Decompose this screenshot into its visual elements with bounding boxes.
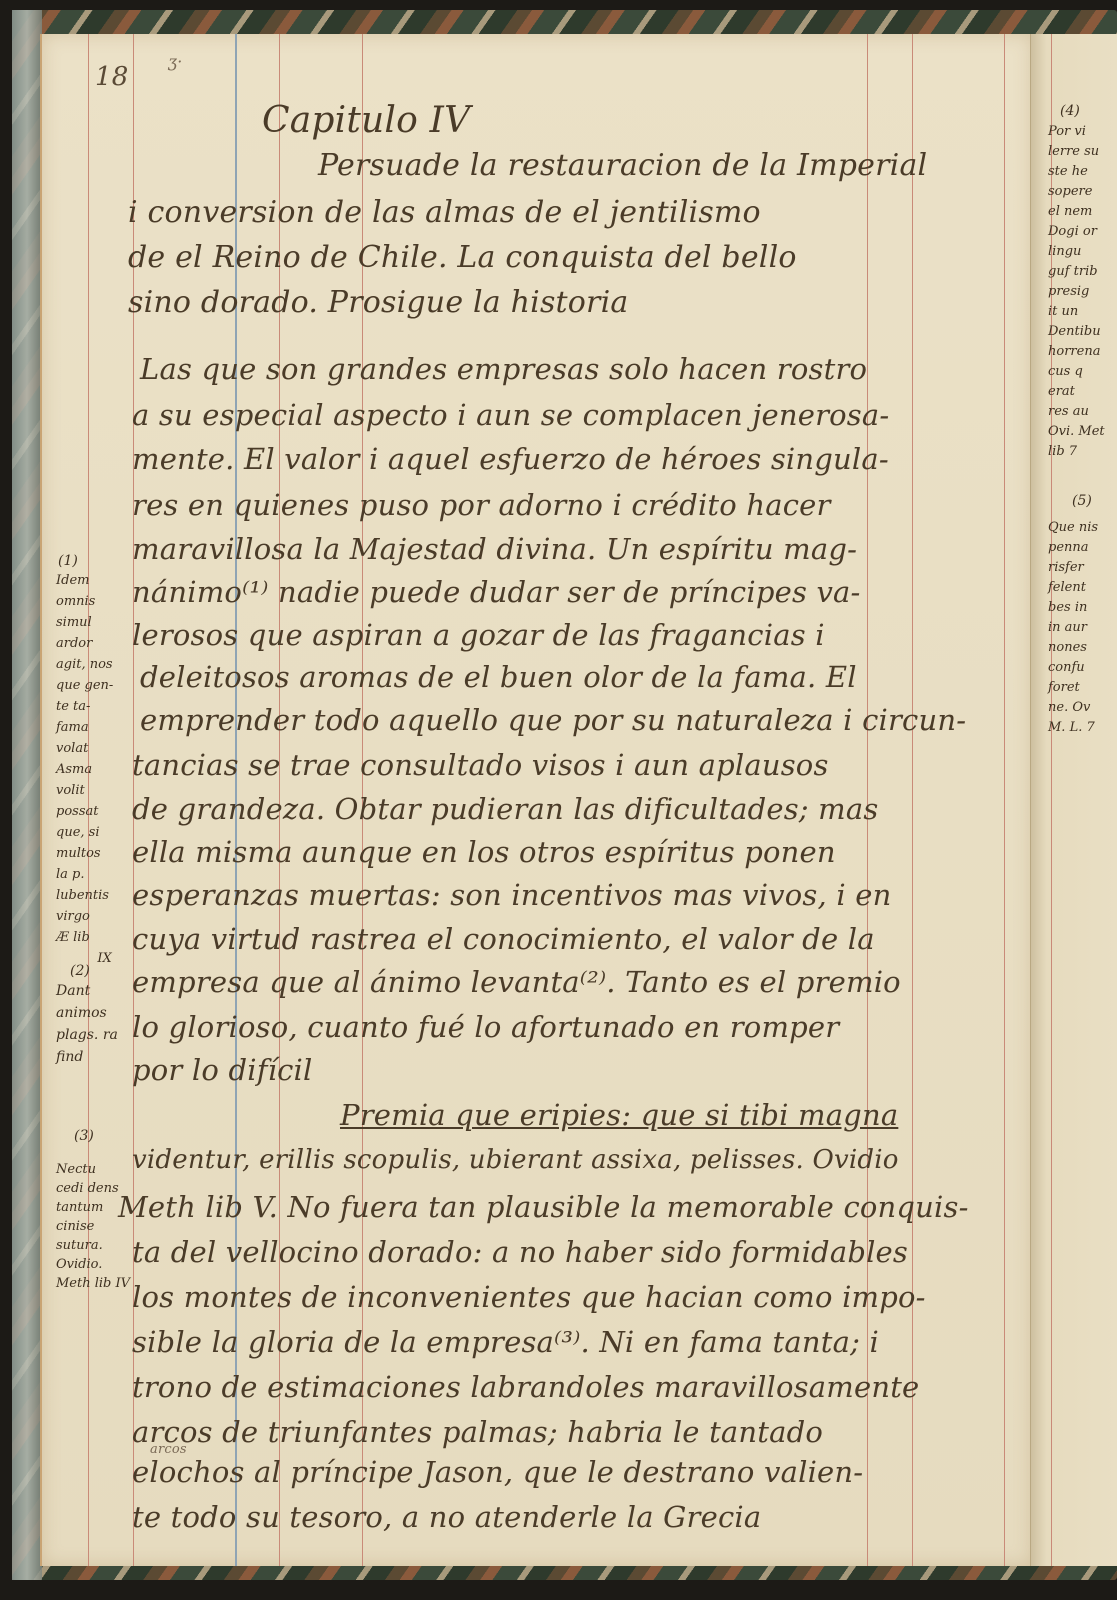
body-line: lo glorioso, cuanto fué lo afortunado en… [132, 1010, 839, 1044]
body-line: por lo difícil [132, 1053, 313, 1087]
facing-margin-note: Por vi lerre su ste he sopere el nem Dog… [1048, 122, 1105, 462]
body-line: mente. El valor i aquel esfuerzo de héro… [132, 442, 889, 476]
corner-mark: ʒ· [168, 52, 183, 71]
margin-note: Dant animos plags. ra find [56, 980, 118, 1068]
chapter-title: Capitulo IV [262, 100, 470, 141]
body-line: nánimo⁽¹⁾ nadie puede dudar ser de prínc… [132, 575, 861, 609]
body-line: tancias se trae consultado visos i aun a… [132, 748, 829, 782]
body-line: sible la gloria de la empresa⁽³⁾. Ni en … [132, 1325, 879, 1359]
margin-note-marker: (1) [58, 550, 78, 572]
heading-line: Persuade la restauracion de la Imperial [318, 148, 927, 183]
body-line: lerosos que aspiran a gozar de las fraga… [132, 618, 825, 652]
margin-note-marker: (3) [74, 1125, 94, 1147]
body-line: empresa que al ánimo levanta⁽²⁾. Tanto e… [132, 965, 901, 999]
facing-margin-note-marker: (5) [1072, 490, 1092, 512]
margin-note-marker: (2) [70, 960, 90, 982]
latin-quote-line: videntur, erillis scopulis, ubierant ass… [132, 1145, 899, 1175]
body-line: ta del vellocino dorado: a no haber sido… [132, 1235, 908, 1269]
body-line: arcos de triunfantes palmas; habria le t… [132, 1415, 823, 1449]
body-line: cuya virtud rastrea el conocimiento, el … [132, 922, 875, 956]
book-spine-edge [12, 10, 42, 1580]
facing-margin-note-marker: (4) [1060, 100, 1080, 122]
body-line: los montes de inconvenientes que hacian … [132, 1280, 926, 1314]
body-line: te todo su tesoro, a no atenderle la Gre… [132, 1500, 761, 1534]
heading-line: de el Reino de Chile. La conquista del b… [128, 240, 797, 275]
ruled-line-red [912, 34, 913, 1566]
body-line: maravillosa la Majestad divina. Un espír… [132, 532, 857, 566]
heading-line: i conversion de las almas de el jentilis… [128, 195, 761, 230]
ruled-line-red [1004, 34, 1005, 1566]
margin-note: Nectu cedi dens tantum cinise sutura. Ov… [56, 1160, 130, 1293]
heading-line: sino dorado. Prosigue la historia [128, 285, 628, 320]
body-line: elochos al príncipe Jason, que le destra… [132, 1455, 863, 1489]
body-line: emprender todo aquello que por su natura… [140, 703, 966, 737]
body-line: a su especial aspecto i aun se complacen… [132, 398, 889, 432]
body-line: Las que son grandes empresas solo hacen … [140, 352, 867, 386]
facing-margin-note: Que nis penna risfer felent bes in in au… [1048, 518, 1098, 738]
body-line: res en quienes puso por adorno i crédito… [132, 488, 831, 522]
body-line: trono de estimaciones labrandoles maravi… [132, 1370, 919, 1404]
body-line: de grandeza. Obtar pudieran las dificult… [132, 792, 878, 826]
body-line: ella misma aunque en los otros espíritus… [132, 835, 836, 869]
body-line: deleitosos aromas de el buen olor de la … [140, 660, 857, 694]
body-line: Meth lib V. No fuera tan plausible la me… [118, 1190, 969, 1224]
body-line: esperanzas muertas: son incentivos mas v… [132, 878, 891, 912]
margin-note: Idem omnis simul ardor agit, nos que gen… [56, 570, 113, 969]
latin-quote-line: Premia que eripies: que si tibi magna [340, 1098, 898, 1132]
page-number: 18 [95, 62, 128, 92]
